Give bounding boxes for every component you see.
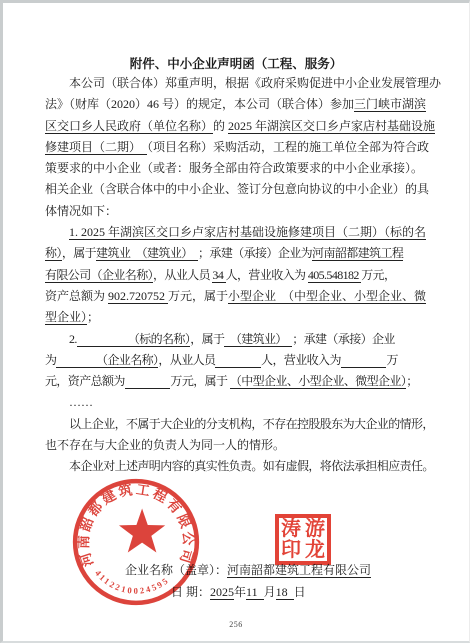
filled-field: 修建项目（二期） <box>45 140 147 155</box>
doc-text: …… <box>69 395 93 409</box>
doc-line: 区交口乡人民政府（单位名称）的 2025 年湖滨区交口乡卢家店村基础设施 <box>45 116 437 137</box>
filled-field: 2025 年湖滨区交口乡卢家店村基础设施 <box>228 119 435 134</box>
doc-line: 1. 2025 年湖滨区交口乡卢家店村基础设施修建项目（二期）（标的名 <box>45 222 437 243</box>
square-seal-char: 游 <box>303 518 327 540</box>
seal-company-text: 河南韶都建筑工程有限公司 <box>75 481 196 569</box>
doc-text: ； <box>406 374 417 388</box>
doc-text: 人，营业收入为 <box>261 353 341 367</box>
doc-line: 元，资产总额为 万元，属于 （中型企业、小型企业、微型企业）； <box>45 371 437 392</box>
doc-line: 有限公司（企业名称），从业人员 34 人，营业收入为 405.548182 万元… <box>45 265 437 286</box>
doc-text: ； <box>87 310 99 324</box>
square-seal-char: 龙 <box>303 540 327 562</box>
doc-line: 策要求的中小企业（或者：服务全部由符合政策要求的中小企业承接）。 <box>45 158 437 179</box>
doc-text: ，从业人员 <box>153 268 212 282</box>
doc-text: ；承建（承接）企业 <box>292 332 395 346</box>
filled-field: 1. 2025 年湖滨区交口乡卢家店村基础设施修建项目（二期）（标的名 <box>69 225 426 240</box>
filled-field: （建筑业） <box>224 332 292 347</box>
doc-line: 以上企业，不属于大企业的分支机构，不存在控股股东为大企业的情形， <box>45 414 437 435</box>
filled-field <box>341 353 387 368</box>
filled-field <box>125 374 171 389</box>
doc-text: 2. <box>69 332 77 346</box>
seal-star-icon <box>119 509 165 553</box>
square-seal-char: 涛 <box>279 518 303 540</box>
filled-field: 三门峡市湖滨 <box>354 97 426 112</box>
filled-field: 小型企业 （中型企业、小型企业、微 <box>228 289 426 304</box>
date-year-unit: 年 <box>234 585 246 599</box>
doc-text: 人，营业收入为 <box>226 268 308 282</box>
filled-field: 型企业） <box>45 310 87 325</box>
declaration-document-page: 附件、中小企业声明函（工程、服务） 本公司（联合体）郑重声明，根据《政府采购促进… <box>0 0 470 643</box>
filled-field: 河南韶都建筑工程 <box>312 246 403 261</box>
filled-field: 34 <box>212 268 225 283</box>
doc-text: ，属于 <box>190 332 224 346</box>
doc-text: 相关企业（含联合体中的中小企业、签订分包意向协议的中小企业）的具 <box>45 182 429 196</box>
doc-text: 万元，属于 <box>168 289 228 303</box>
filled-field: 称） <box>45 246 62 261</box>
filled-field: 区交口乡人民政府（单位名称） <box>45 119 213 134</box>
doc-line: 也不存在与大企业的负责人为同一人的情形。 <box>45 435 437 456</box>
doc-line: 型企业）； <box>45 307 437 328</box>
doc-line: 称），属于建筑业 （建筑业） ；承建（承接）企业为河南韶都建筑工程 <box>45 243 437 264</box>
filled-field: 405.548182 <box>308 268 361 283</box>
doc-line: 2. （标的名称），属于 （建筑业） ；承建（承接）企业 <box>45 329 437 350</box>
doc-text: 以上企业，不属于大企业的分支机构，不存在控股股东为大企业的情形， <box>69 417 434 431</box>
filled-field: 902.720752 <box>108 289 168 304</box>
signature-company-line: 企业名称（盖章）：河南韶都建筑工程有限公司 <box>125 561 371 578</box>
square-name-seal: 涛 游 印 龙 <box>275 514 331 565</box>
filled-field <box>215 353 261 368</box>
doc-line: 本企业对上述声明内容的真实性负责。如有虚假，将依法承担相应责任。 <box>45 456 437 477</box>
doc-text: ，从业人员 <box>158 353 215 367</box>
doc-text: 资产总额为 <box>45 289 108 303</box>
filled-field: （标的名称） <box>77 332 190 347</box>
doc-text: 的 <box>213 119 228 133</box>
doc-line: 资产总额为 902.720752 万元，属于小型企业 （中型企业、小型企业、微 <box>45 286 437 307</box>
doc-line: 本公司（联合体）郑重声明，根据《政府采购促进中小企业发展管理办 <box>45 73 437 94</box>
doc-text: 万 <box>386 353 397 367</box>
date-label: 日 期： <box>171 585 210 599</box>
doc-line: …… <box>45 392 437 413</box>
date-month-value: 11 <box>246 585 264 600</box>
filled-field: （企业名称） <box>56 353 158 368</box>
doc-line: 法》（财库（2020）46 号）的规定，本公司（联合体）参加三门峡市湖滨 <box>45 94 437 115</box>
page-title: 附件、中小企业声明函（工程、服务） <box>3 54 469 75</box>
doc-text: 为 <box>45 353 56 367</box>
date-year-value: 2025 <box>210 585 234 600</box>
company-name-value: 河南韶都建筑工程有限公司 <box>227 563 371 578</box>
doc-line: 体情况如下： <box>45 201 437 222</box>
company-seal-label: 企业名称（盖章）： <box>125 563 227 577</box>
document-lines: 本公司（联合体）郑重声明，根据《政府采购促进中小企业发展管理办法》（财库（202… <box>45 73 437 478</box>
date-day-unit: 日 <box>294 585 306 599</box>
doc-text: 万元，属于 <box>170 374 229 388</box>
doc-line: 为 （企业名称），从业人员 人，营业收入为 万 <box>45 350 437 371</box>
doc-text: 策要求的中小企业（或者：服务全部由符合政策要求的中小企业承接）。 <box>45 161 423 175</box>
doc-text: ；承建（承接）企业为 <box>198 246 312 260</box>
date-day-value: 18 <box>276 585 294 600</box>
doc-text: 法》（财库（2020）46 号）的规定，本公司（联合体）参加 <box>45 97 354 111</box>
doc-text: 万元， <box>361 268 395 282</box>
page-number: 256 <box>3 620 469 629</box>
filled-field: 有限公司（企业名称） <box>45 268 153 283</box>
doc-text: （项目名称）采购活动，工程的施工单位全部为符合政 <box>147 140 429 154</box>
doc-text: 也不存在与大企业的负责人为同一人的情形。 <box>45 438 285 452</box>
filled-field: （中型企业、小型企业、微型企业） <box>230 374 406 389</box>
doc-text: ，属于 <box>62 246 96 260</box>
doc-text: 体情况如下： <box>45 204 117 218</box>
date-month-unit: 月 <box>264 585 276 599</box>
filled-field: 建筑业 （建筑业） <box>96 246 198 261</box>
doc-line: 修建项目（二期） （项目名称）采购活动，工程的施工单位全部为符合政 <box>45 137 437 158</box>
doc-line: 相关企业（含联合体中的中小企业、签订分包意向协议的中小企业）的具 <box>45 179 437 200</box>
doc-text: 元，资产总额为 <box>45 374 125 388</box>
doc-text: 本公司（联合体）郑重声明，根据《政府采购促进中小企业发展管理办 <box>69 76 441 90</box>
square-seal-char: 印 <box>279 540 303 562</box>
signature-date-line: 日 期：2025年11 月18 日 <box>171 583 306 600</box>
doc-text: 本企业对上述声明内容的真实性负责。如有虚假，将依法承担相应责任。 <box>69 459 434 473</box>
